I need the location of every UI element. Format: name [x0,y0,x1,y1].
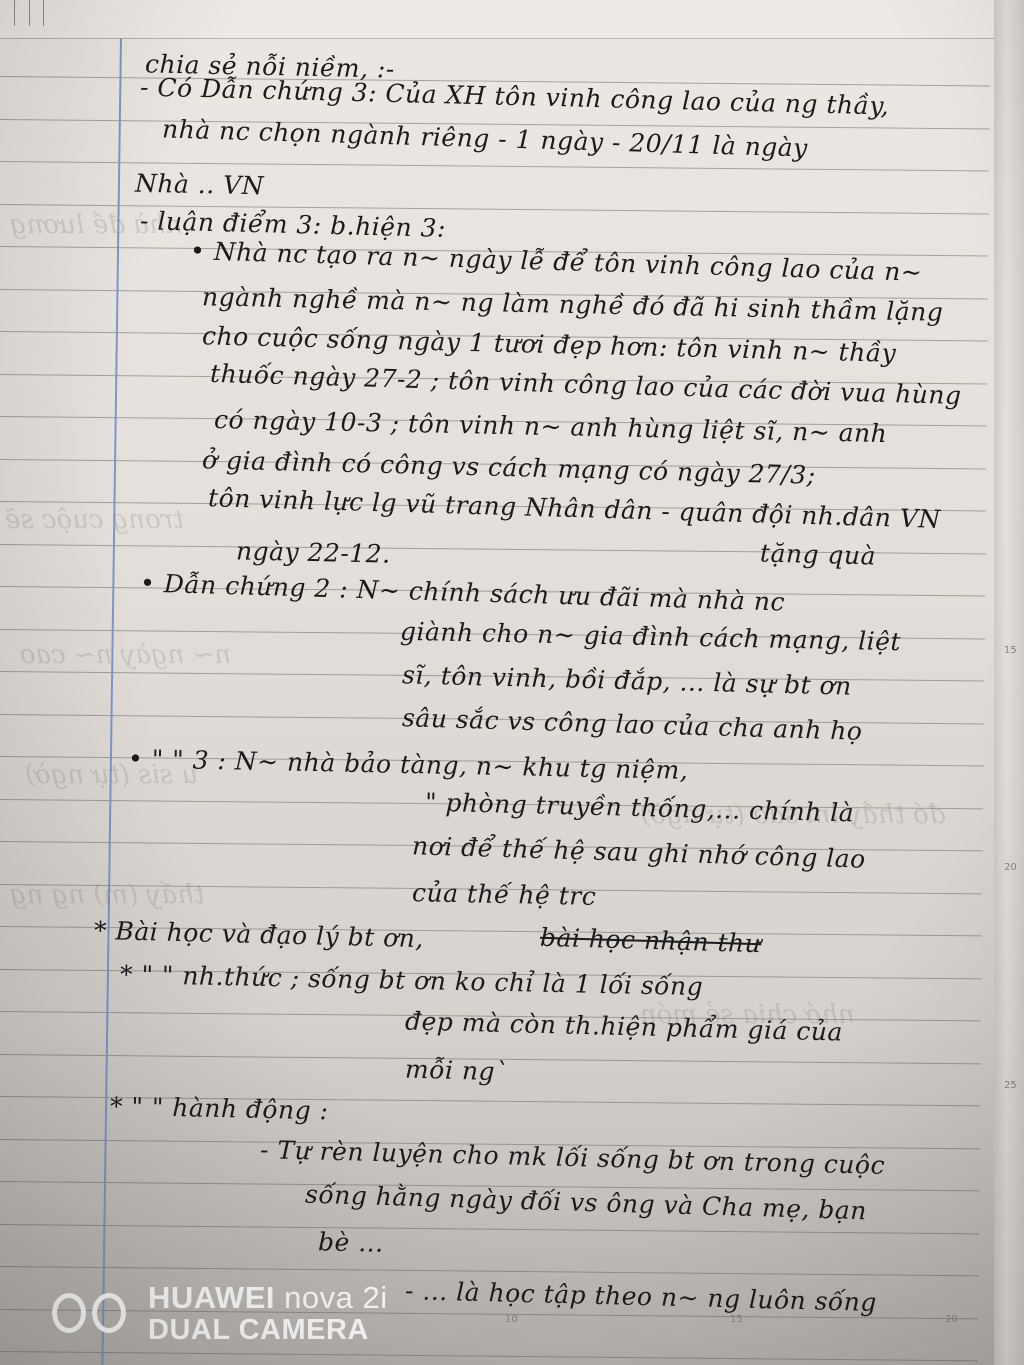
handwritten-line: của thế hệ trc [412,878,597,911]
camera-watermark: HUAWEI nova 2i DUAL CAMERA [52,1282,388,1345]
handwritten-line: ngày 22-12. [236,536,391,568]
watermark-brand-line: HUAWEI nova 2i [148,1282,388,1315]
bleed-through-text: thấy (m) ng ng [10,880,204,910]
ruler-mark: 15 [1004,645,1017,656]
handwritten-line: * " " hành động : [110,1092,329,1126]
ruler-mark: 10 [505,1314,518,1325]
ruler-mark: 15 [730,1314,743,1325]
handwritten-line: tặng quà [760,539,877,571]
handwritten-line: bè ... [318,1227,384,1257]
camera-ring-icon [52,1293,86,1333]
ruler-mark: 20 [1004,862,1017,873]
camera-ring-icon [92,1293,126,1333]
watermark-text: HUAWEI nova 2i DUAL CAMERA [148,1282,388,1345]
ruler-mark: 25 [1004,1080,1017,1091]
bleed-through-text: trong cuộc sẽ [5,505,184,535]
watermark-model: nova 2i [284,1280,387,1315]
watermark-subtitle: DUAL CAMERA [148,1315,388,1345]
watermark-brand: HUAWEI [148,1280,275,1315]
handwritten-line: mỗi ng` [405,1054,509,1086]
handwritten-line: Nhà .. VN [135,169,265,201]
header-tick [14,0,15,26]
header-tick [43,0,44,26]
page-header-strip [0,0,1000,39]
dual-camera-logo-icon [52,1293,126,1333]
header-tick [29,0,30,26]
ruler-mark: 20 [945,1314,958,1325]
bleed-through-text: n~ ngày n~ cao [20,640,231,670]
adjacent-page-edge [994,0,1024,1365]
